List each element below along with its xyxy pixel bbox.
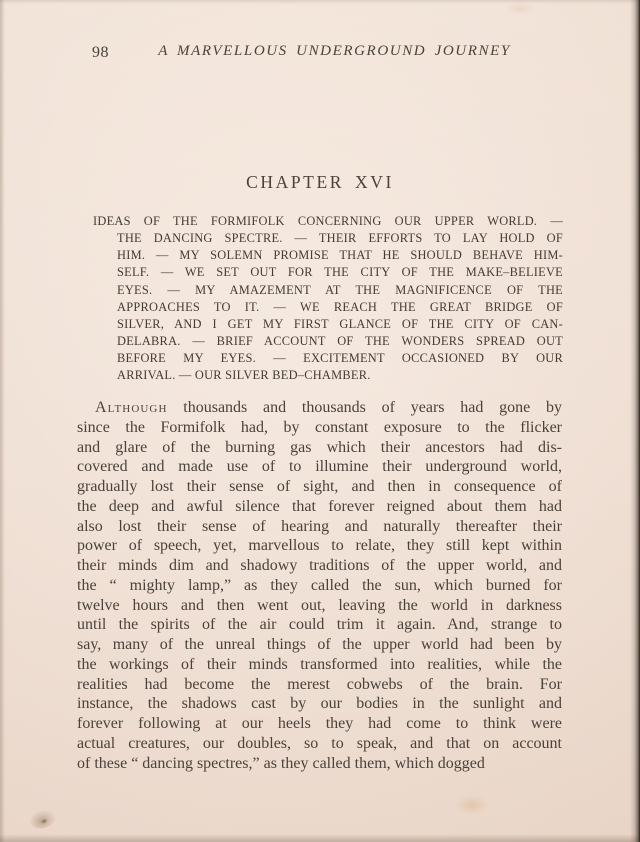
synopsis-line: SILVER, AND I GET MY FIRST GLANCE OF THE… — [93, 316, 563, 333]
synopsis-line: DELABRA. — BRIEF ACCOUNT OF THE WONDERS … — [93, 333, 563, 350]
synopsis-line: SELF. — WE SET OUT FOR THE CITY OF THE M… — [93, 264, 563, 281]
chapter-heading: CHAPTER XVI — [0, 172, 640, 193]
body-line: Although thousands and thousands of year… — [77, 398, 562, 418]
paper-stain — [505, 2, 535, 16]
synopsis-line: ARRIVAL. — OUR SILVER BED–CHAMBER. — [93, 367, 563, 384]
body-line: actual creatures, our doubles, so to spe… — [77, 734, 562, 754]
lead-word: Although — [95, 399, 168, 416]
body-line: forever following at our heels they had … — [77, 714, 562, 734]
synopsis-line: IDEAS OF THE FORMIFOLK CONCERNING OUR UP… — [93, 213, 563, 230]
body-line: gradually lost their sense of sight, and… — [77, 477, 562, 497]
body-paragraph: Although thousands and thousands of year… — [77, 398, 562, 773]
page-header: 98 A MARVELLOUS UNDERGROUND JOURNEY — [77, 43, 562, 65]
body-line: instance, the shadows cast by our bodies… — [77, 694, 562, 714]
scan-edge-bottom — [0, 834, 640, 842]
body-line: the workings of their minds transformed … — [77, 655, 562, 675]
scan-edge-top — [0, 0, 640, 4]
synopsis-line: BEFORE MY EYES. — EXCITEMENT OCCASIONED … — [93, 350, 563, 367]
paper-stain — [455, 795, 489, 815]
body-line: covered and made use of to illumine thei… — [77, 457, 562, 477]
synopsis-line: THE DANCING SPECTRE. — THEIR EFFORTS TO … — [93, 230, 563, 247]
body-line: power of speech, yet, marvellous to rela… — [77, 536, 562, 556]
body-lines: since the Formifolk had, by constant exp… — [77, 418, 562, 774]
synopsis-line: APPROACHES TO IT. — WE REACH THE GREAT B… — [93, 299, 563, 316]
body-line: of these “ dancing spectres,” as they ca… — [77, 754, 562, 774]
chapter-synopsis: IDEAS OF THE FORMIFOLK CONCERNING OUR UP… — [93, 213, 563, 385]
body-line: since the Formifolk had, by constant exp… — [77, 418, 562, 438]
paper-stain — [28, 806, 58, 831]
synopsis-line: EYES. — MY AMAZEMENT AT THE MAGNIFICENCE… — [93, 282, 563, 299]
synopsis-line: HIM. — MY SOLEMN PROMISE THAT HE SHOULD … — [93, 247, 563, 264]
body-line: until the spirits of the air could trim … — [77, 615, 562, 635]
book-page: 98 A MARVELLOUS UNDERGROUND JOURNEY CHAP… — [0, 0, 640, 842]
body-line: twelve hours and then went out, leaving … — [77, 596, 562, 616]
body-line: their minds dim and shadowy traditions o… — [77, 556, 562, 576]
body-line: say, many of the unreal things of the up… — [77, 635, 562, 655]
body-line: realities had become the merest cobwebs … — [77, 675, 562, 695]
body-line: the deep and awful silence that forever … — [77, 497, 562, 517]
scan-edge-left — [0, 0, 5, 842]
running-title: A MARVELLOUS UNDERGROUND JOURNEY — [107, 43, 562, 60]
body-line-text: thousands and thousands of years had gon… — [168, 399, 562, 416]
body-line: and glare of the burning gas which their… — [77, 438, 562, 458]
body-line: the “ mighty lamp,” as they called the s… — [77, 576, 562, 596]
scan-edge-right — [630, 0, 640, 842]
body-line: also lost their sense of hearing and nat… — [77, 517, 562, 537]
